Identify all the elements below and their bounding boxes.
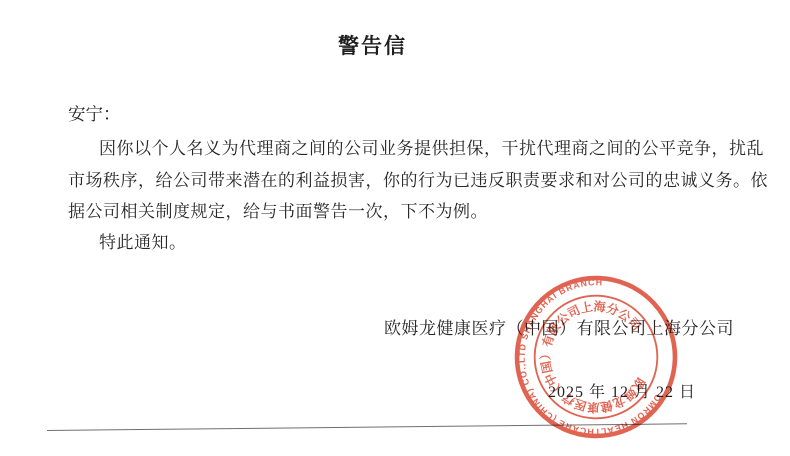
salutation: 安宁： [68,101,121,126]
body-paragraph: 因你以个人名义为代理商之间的公司业务提供担保，干扰代理商之间的公平竞争，扰乱 市… [68,133,733,228]
closing-note: 特此通知。 [99,228,187,253]
paragraph-line: 据公司相关制度规定，给与书面警告一次，下不为例。 [68,196,733,228]
stamp-english-text: OMRON HEALTHCARE (CHINA) CO.,LTD SHANGHA… [514,274,667,439]
stamp-chinese-text: 欧姆龙健康医疗（中国）有限公司上海分公司 [536,297,652,418]
document-title: 警告信 [338,30,407,60]
paragraph-line: 因你以个人名义为代理商之间的公司业务提供担保，干扰代理商之间的公平竞争，扰乱 [68,133,733,165]
warning-letter-page: 警告信 安宁： 因你以个人名义为代理商之间的公司业务提供担保，干扰代理商之间的公… [0,0,790,456]
paragraph-line: 市场秩序，给公司带来潜在的利益损害，你的行为已违反职责要求和对公司的忠诚义务。依 [68,165,733,197]
company-stamp-seal: OMRON HEALTHCARE (CHINA) CO.,LTD SHANGHA… [498,270,694,445]
company-stamp: OMRON HEALTHCARE (CHINA) CO.,LTD SHANGHA… [498,270,694,445]
